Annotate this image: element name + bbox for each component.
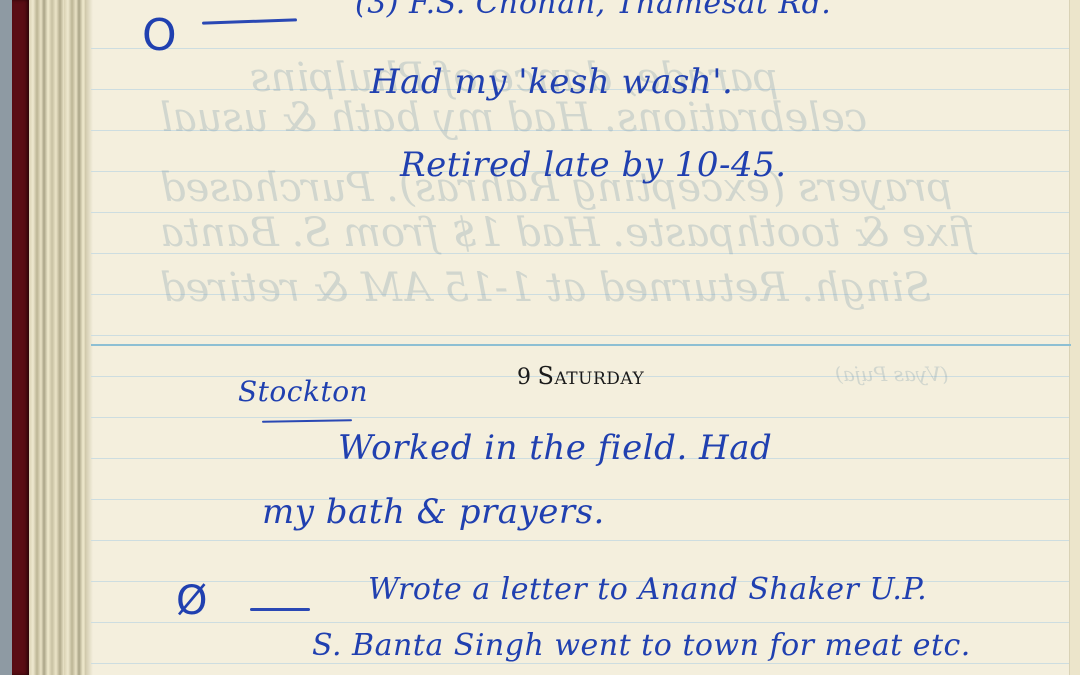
handwritten-line: (3) F.S. Chohan, Thamesat Rd.: [355, 0, 831, 21]
day-divider-line: [91, 344, 1071, 346]
marker-dash: [250, 608, 310, 611]
handwritten-line: Retired late by 10-45.: [400, 145, 787, 185]
background-edge: [0, 0, 12, 675]
book-cover-spine: [12, 0, 29, 675]
bleed-through-line: fixe & toothpaste. Had 1$ from S. Banta: [160, 210, 975, 256]
handwritten-line: Worked in the field. Had: [338, 428, 772, 468]
handwritten-line: my bath & prayers.: [262, 492, 605, 532]
handwritten-line: Had my 'kesh wash'.: [370, 62, 733, 102]
page-edges-stack: [29, 0, 91, 675]
entry-marker-circle: O: [142, 10, 177, 61]
day-name: Saturday: [538, 362, 645, 390]
handwritten-line: Wrote a letter to Anand Shaker U.P.: [368, 572, 927, 607]
date-heading: 9Saturday: [517, 362, 644, 390]
bleed-through-line: (Vyas Puja): [835, 362, 949, 386]
date-number: 9: [517, 365, 532, 390]
bleed-through-line: Singh. Returned at 1-15 AM & retired: [160, 265, 931, 311]
entry-marker-check: Ø: [176, 578, 207, 624]
page-right-edge: [1069, 0, 1080, 675]
location-label: Stockton: [238, 375, 368, 408]
handwritten-line: S. Banta Singh went to town for meat etc…: [312, 628, 971, 663]
